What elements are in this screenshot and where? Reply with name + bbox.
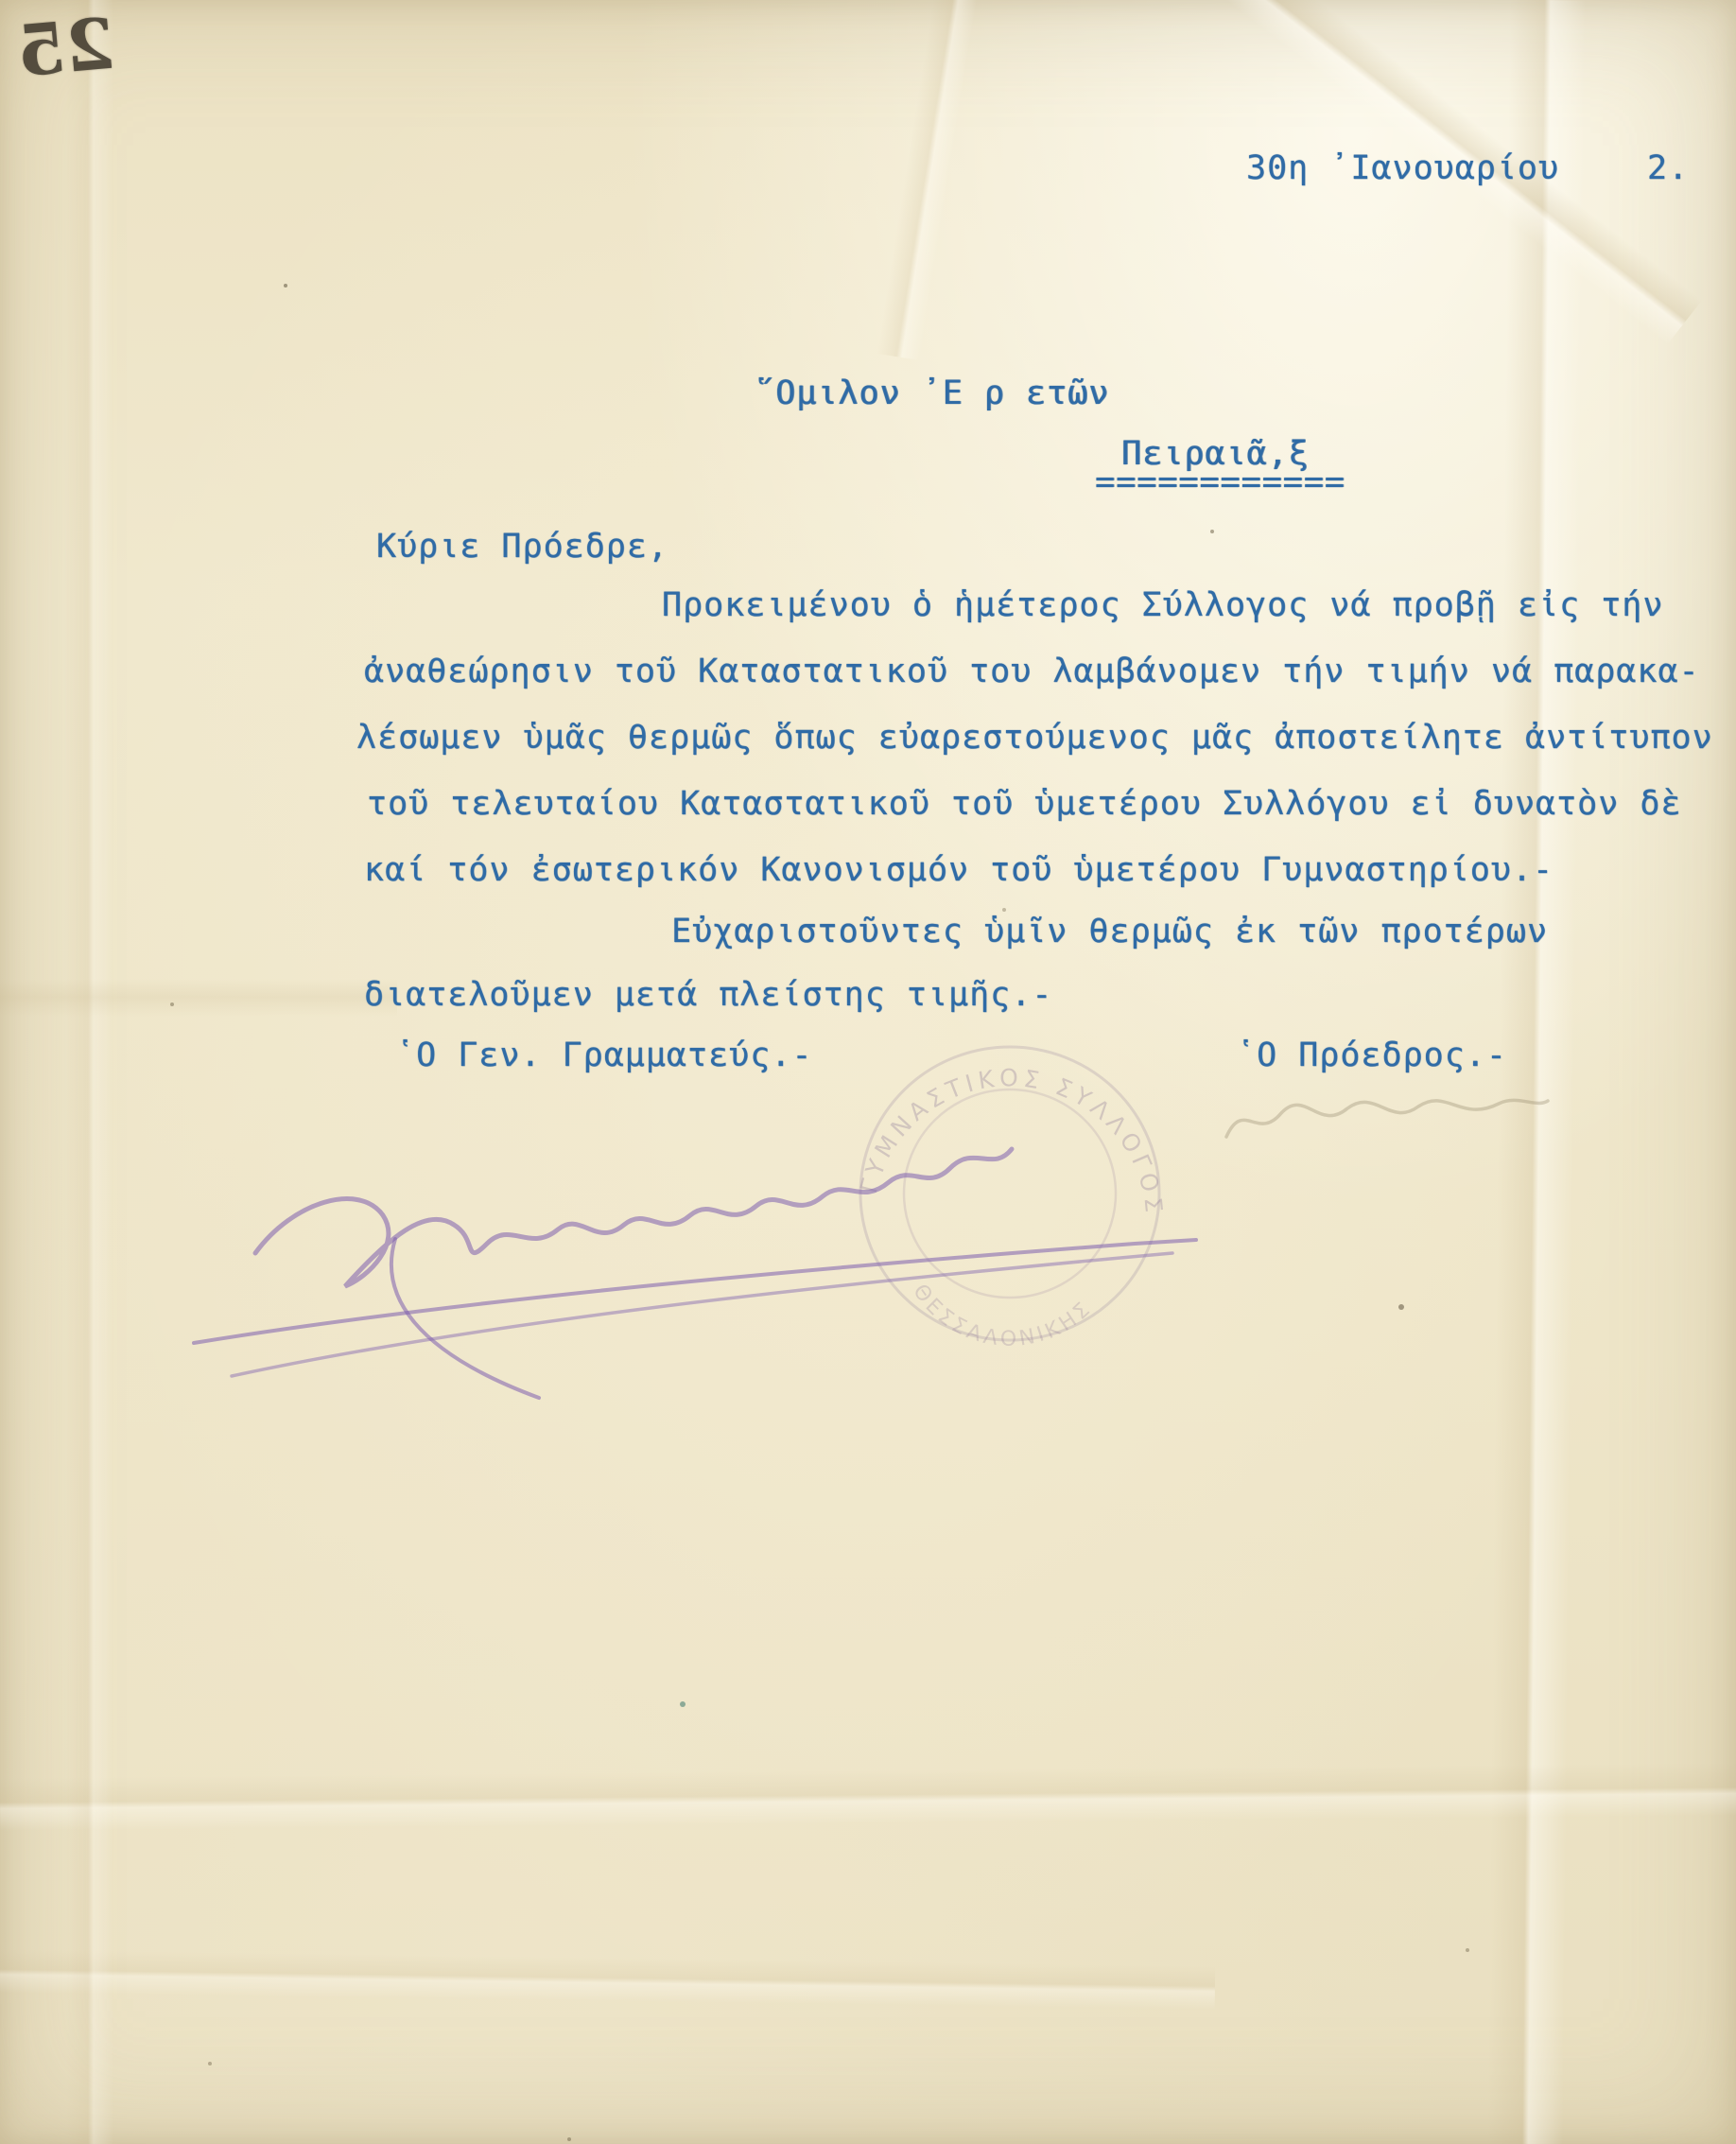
signature-main-stroke <box>255 1149 1012 1286</box>
body-line-3: λέσωμεν ὑμᾶς θερμῶς ὅπως εὐαρεστούμενος … <box>356 719 1713 757</box>
body-line-5: καί τόν ἐσωτερικόν Κανονισμόν τοῦ ὑμετέρ… <box>364 851 1554 889</box>
salutation: Κύριε Πρόεδρε, <box>376 528 668 566</box>
paper-crease-bottom <box>0 1763 1736 1831</box>
date-text: 30η ᾿Ιανουαρίου <box>1246 149 1559 187</box>
body-line-6: Εὐχαριστοῦντες ὑμῖν θερμῶς ἐκ τῶν προτέρ… <box>671 913 1548 950</box>
paper-crease-left <box>66 0 113 2144</box>
body-line-7: διατελοῦμεν μετά πλείστης τιμῆς.- <box>364 976 1052 1014</box>
signature-descender-stroke <box>391 1239 539 1398</box>
signature-underline-stroke-2 <box>232 1253 1172 1376</box>
body-line-4: τοῦ τελευταίου Καταστατικοῦ τοῦ ὑμετέρου… <box>367 785 1682 823</box>
president-signature-stroke <box>1226 1100 1548 1137</box>
president-title: ῾Ο Πρόεδρος.- <box>1236 1037 1507 1074</box>
signature-underline-stroke <box>194 1240 1196 1343</box>
secretary-signature <box>142 1050 1229 1447</box>
recipient-underline: ============ <box>1095 463 1345 501</box>
body-line-2: ἀναθεώρησιν τοῦ Καταστατικοῦ του λαμβάνο… <box>364 653 1700 690</box>
paper-crease-lower <box>0 1949 1215 2010</box>
page-number-bleedthrough: 25 <box>13 4 117 94</box>
paper-crease-top-diagonal <box>877 0 981 360</box>
body-line-1: Προκειμένου ὁ ἡμέτερος Σύλλογος νά προβῇ… <box>662 586 1663 624</box>
president-signature <box>1215 1080 1555 1165</box>
letter-page: 25 30η ᾿Ιανουαρίου 2. ῞Ομιλον ᾿Ε ρ ετῶν … <box>0 0 1736 2144</box>
recipient-line1: ῞Ομιλον ᾿Ε ρ ετῶν <box>755 375 1109 412</box>
date-number: 2. <box>1647 149 1689 187</box>
paper-specks <box>284 284 287 288</box>
paper-crease-mid-left <box>0 979 397 1017</box>
